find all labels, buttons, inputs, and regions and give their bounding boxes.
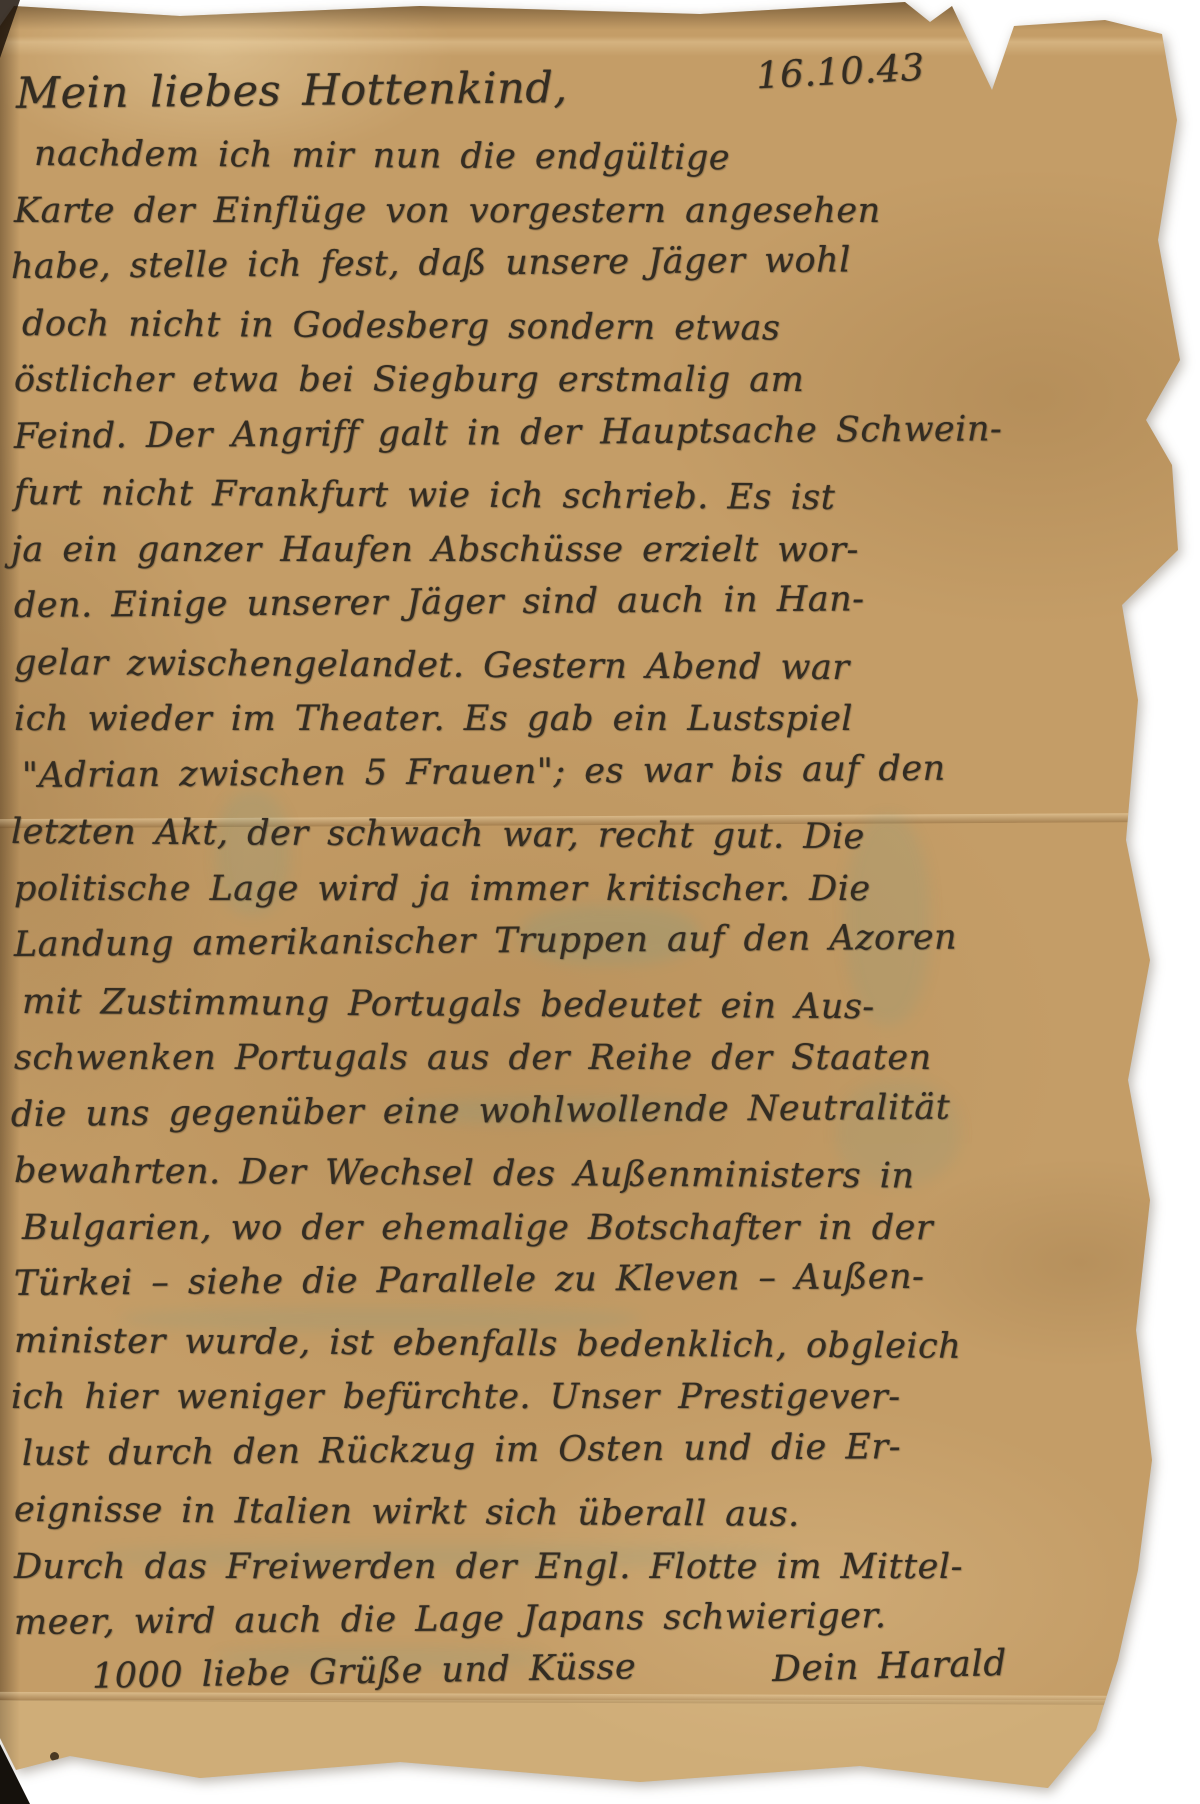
letter-line: ich wieder im Theater. Es gab ein Lustsp… (14, 699, 1114, 756)
letter-scan: Mein liebes Hottenkind, 16.10.43 nachdem… (0, 0, 1200, 1804)
letter-line: letzten Akt, der schwach war, recht gut.… (11, 812, 1114, 875)
punch-hole (50, 1752, 59, 1761)
letter-line: östlicher etwa bei Siegburg erstmalig am (14, 360, 1114, 417)
letter-line: bewahrten. Der Wechsel des Außenminister… (14, 1151, 1114, 1214)
letter-line: Feind. Der Angriff galt in der Hauptsach… (14, 408, 1114, 473)
letter-line: eignisse in Italien wirkt sich überall a… (14, 1490, 1114, 1553)
letter-signature: Dein Harald (772, 1643, 1008, 1690)
letter-line: doch nicht in Godesberg sondern etwas (22, 304, 1114, 367)
letter-line: ja ein ganzer Haufen Abschüsse erzielt w… (11, 530, 1114, 587)
letter-line: Durch das Freiwerden der Engl. Flotte im… (14, 1547, 1114, 1604)
faded-bottom-strip (0, 1700, 1200, 1804)
letter-line: "Adrian zwischen 5 Frauen"; es war bis a… (22, 747, 1114, 812)
letter-line: habe, stelle ich fest, daß unsere Jäger … (11, 238, 1114, 303)
letter-line: Landung amerikanischer Truppen auf den A… (14, 916, 1114, 981)
letter-closing: 1000 liebe Grüße und Küsse (92, 1647, 637, 1696)
letter-date: 16.10.43 (755, 46, 926, 98)
letter-line: den. Einige unserer Jäger sind auch in H… (14, 577, 1114, 642)
letter-page: Mein liebes Hottenkind, 16.10.43 nachdem… (0, 0, 1200, 1804)
letter-line: Türkei – siehe die Parallele zu Kleven –… (14, 1255, 1114, 1320)
letter-line: furt nicht Frankfurt wie ich schrieb. Es… (14, 473, 1114, 536)
letter-line: Karte der Einflüge von vorgestern angese… (14, 191, 1114, 248)
letter-line: die uns gegenüber eine wohlwollende Neut… (11, 1086, 1114, 1151)
letter-line: politische Lage wird ja immer kritischer… (14, 869, 1114, 926)
letter-line: ich hier weniger befürchte. Unser Presti… (11, 1377, 1114, 1434)
letter-line: gelar zwischengelandet. Gestern Abend wa… (14, 643, 1114, 706)
letter-line: mit Zustimmung Portugals bedeutet ein Au… (22, 982, 1114, 1045)
letter-line: schwenken Portugals aus der Reihe der St… (14, 1038, 1114, 1095)
paper-shadow: Mein liebes Hottenkind, 16.10.43 nachdem… (0, 0, 1200, 1804)
letter-salutation: Mein liebes Hottenkind, (16, 63, 568, 119)
letter-line: nachdem ich mir nun die endgültige (34, 134, 1114, 197)
letter-line: minister wurde, ist ebenfalls bedenklich… (14, 1321, 1114, 1384)
letter-body: nachdem ich mir nun die endgültige Karte… (14, 134, 1114, 1660)
letter-line: Bulgarien, wo der ehemalige Botschafter … (22, 1208, 1114, 1265)
letter-line: lust durch den Rückzug im Osten und die … (22, 1425, 1114, 1490)
